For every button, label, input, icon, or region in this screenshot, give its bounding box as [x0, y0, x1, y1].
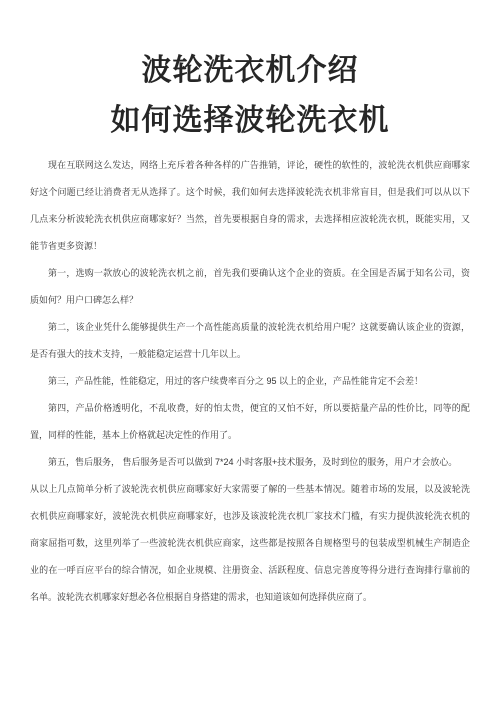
- document-body: 现在互联网这么发达，网络上充斥着各种各样的广告推销，评论，硬性的软性的，波轮洗衣…: [0, 146, 500, 611]
- paragraph-point-4: 第四，产品价格透明化，不乱收费，好的怕太贵，便宜的又怕不好，所以要掂量产品的性价…: [30, 395, 470, 449]
- paragraph-point-3: 第三，产品性能，性能稳定，用过的客户续费率百分之 95 以上的企业，产品性能肯定…: [30, 368, 470, 395]
- document-title: 波轮洗衣机介绍 如何选择波轮洗衣机: [0, 0, 500, 146]
- document-title-line-1: 波轮洗衣机介绍: [0, 46, 500, 96]
- paragraph-summary: 从以上几点简单分析了波轮洗衣机供应商哪家好大家需要了解的一些基本情况。随着市场的…: [30, 476, 470, 611]
- paragraph-intro: 现在互联网这么发达，网络上充斥着各种各样的广告推销，评论，硬性的软性的，波轮洗衣…: [30, 152, 470, 260]
- paragraph-point-1: 第一，选购一款放心的波轮洗衣机之前，首先我们要确认这个企业的资质。在全国是否属于…: [30, 260, 470, 314]
- paragraph-point-5: 第五，售后服务， 售后服务是否可以做到 7*24 小时客服+技术服务，及时到位的…: [30, 449, 470, 476]
- document-page: 波轮洗衣机介绍 如何选择波轮洗衣机 现在互联网这么发达，网络上充斥着各种各样的广…: [0, 0, 500, 707]
- document-title-line-2: 如何选择波轮洗衣机: [0, 96, 500, 146]
- paragraph-point-2: 第二，该企业凭什么能够提供生产一个高性能高质量的波轮洗衣机给用户呢？这就要确认该…: [30, 314, 470, 368]
